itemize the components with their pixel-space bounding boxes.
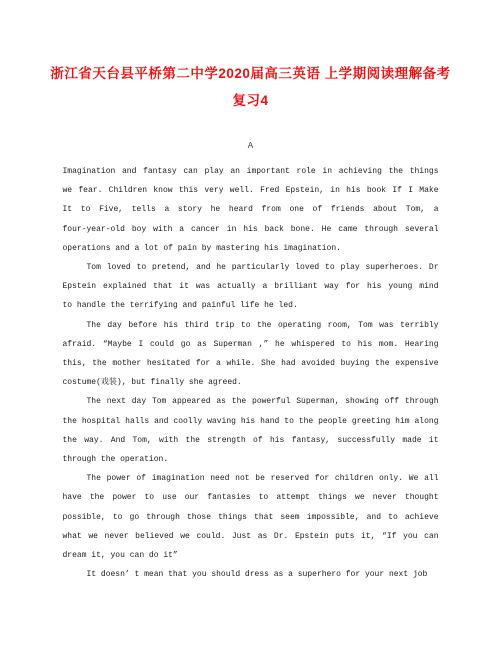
passage-line: the hospital halls and coolly waving his… (63, 412, 439, 431)
passage-line: we fear. Children know this very well. F… (63, 181, 439, 200)
passage-line: costume(戏装), but finally she agreed. (63, 373, 439, 392)
passage-line: four-year-old boy with a cancer in his b… (63, 220, 439, 239)
passage-line: to handle the terrifying and painful lif… (63, 296, 439, 315)
passage-line: Imagination and fantasy can play an impo… (63, 162, 439, 181)
passage-line: have the power to use our fantasies to a… (63, 488, 439, 507)
passage-line: this, the mother hesitated for a while. … (63, 354, 439, 373)
passage-line: The power of imagination need not be res… (63, 469, 439, 488)
passage-line: through the operation. (63, 450, 439, 469)
passage-line: possible, to go through those things tha… (63, 508, 439, 527)
passage-line: Tom loved to pretend, and he particularl… (63, 258, 439, 277)
passage-line: It to Five, tells a story he heard from … (63, 200, 439, 219)
passage-line: The next day Tom appeared as the powerfu… (63, 392, 439, 411)
passage-line: the way. And Tom, with the strength of h… (63, 431, 439, 450)
passage-line: operations and a lot of pain by masterin… (63, 239, 439, 258)
title-line-2: 复习4 (0, 87, 501, 114)
passage-line: It doesn’ t mean that you should dress a… (63, 565, 439, 584)
passage-line: what we never believed we could. Just as… (63, 527, 439, 546)
passage-line: Epstein explained that it was actually a… (63, 277, 439, 296)
section-label: A (0, 140, 501, 152)
document-title: 浙江省天台县平桥第二中学2020届高三英语 上学期阅读理解备考 复习4 (0, 60, 501, 114)
passage-line: dream it, you can do it” (63, 546, 439, 565)
passage-line: afraid. “Maybe I could go as Superman ,”… (63, 335, 439, 354)
passage-body: Imagination and fantasy can play an impo… (63, 162, 439, 584)
title-line-1: 浙江省天台县平桥第二中学2020届高三英语 上学期阅读理解备考 (0, 60, 501, 87)
passage-line: The day before his third trip to the ope… (63, 316, 439, 335)
document-page: 浙江省天台县平桥第二中学2020届高三英语 上学期阅读理解备考 复习4 A Im… (0, 0, 501, 649)
